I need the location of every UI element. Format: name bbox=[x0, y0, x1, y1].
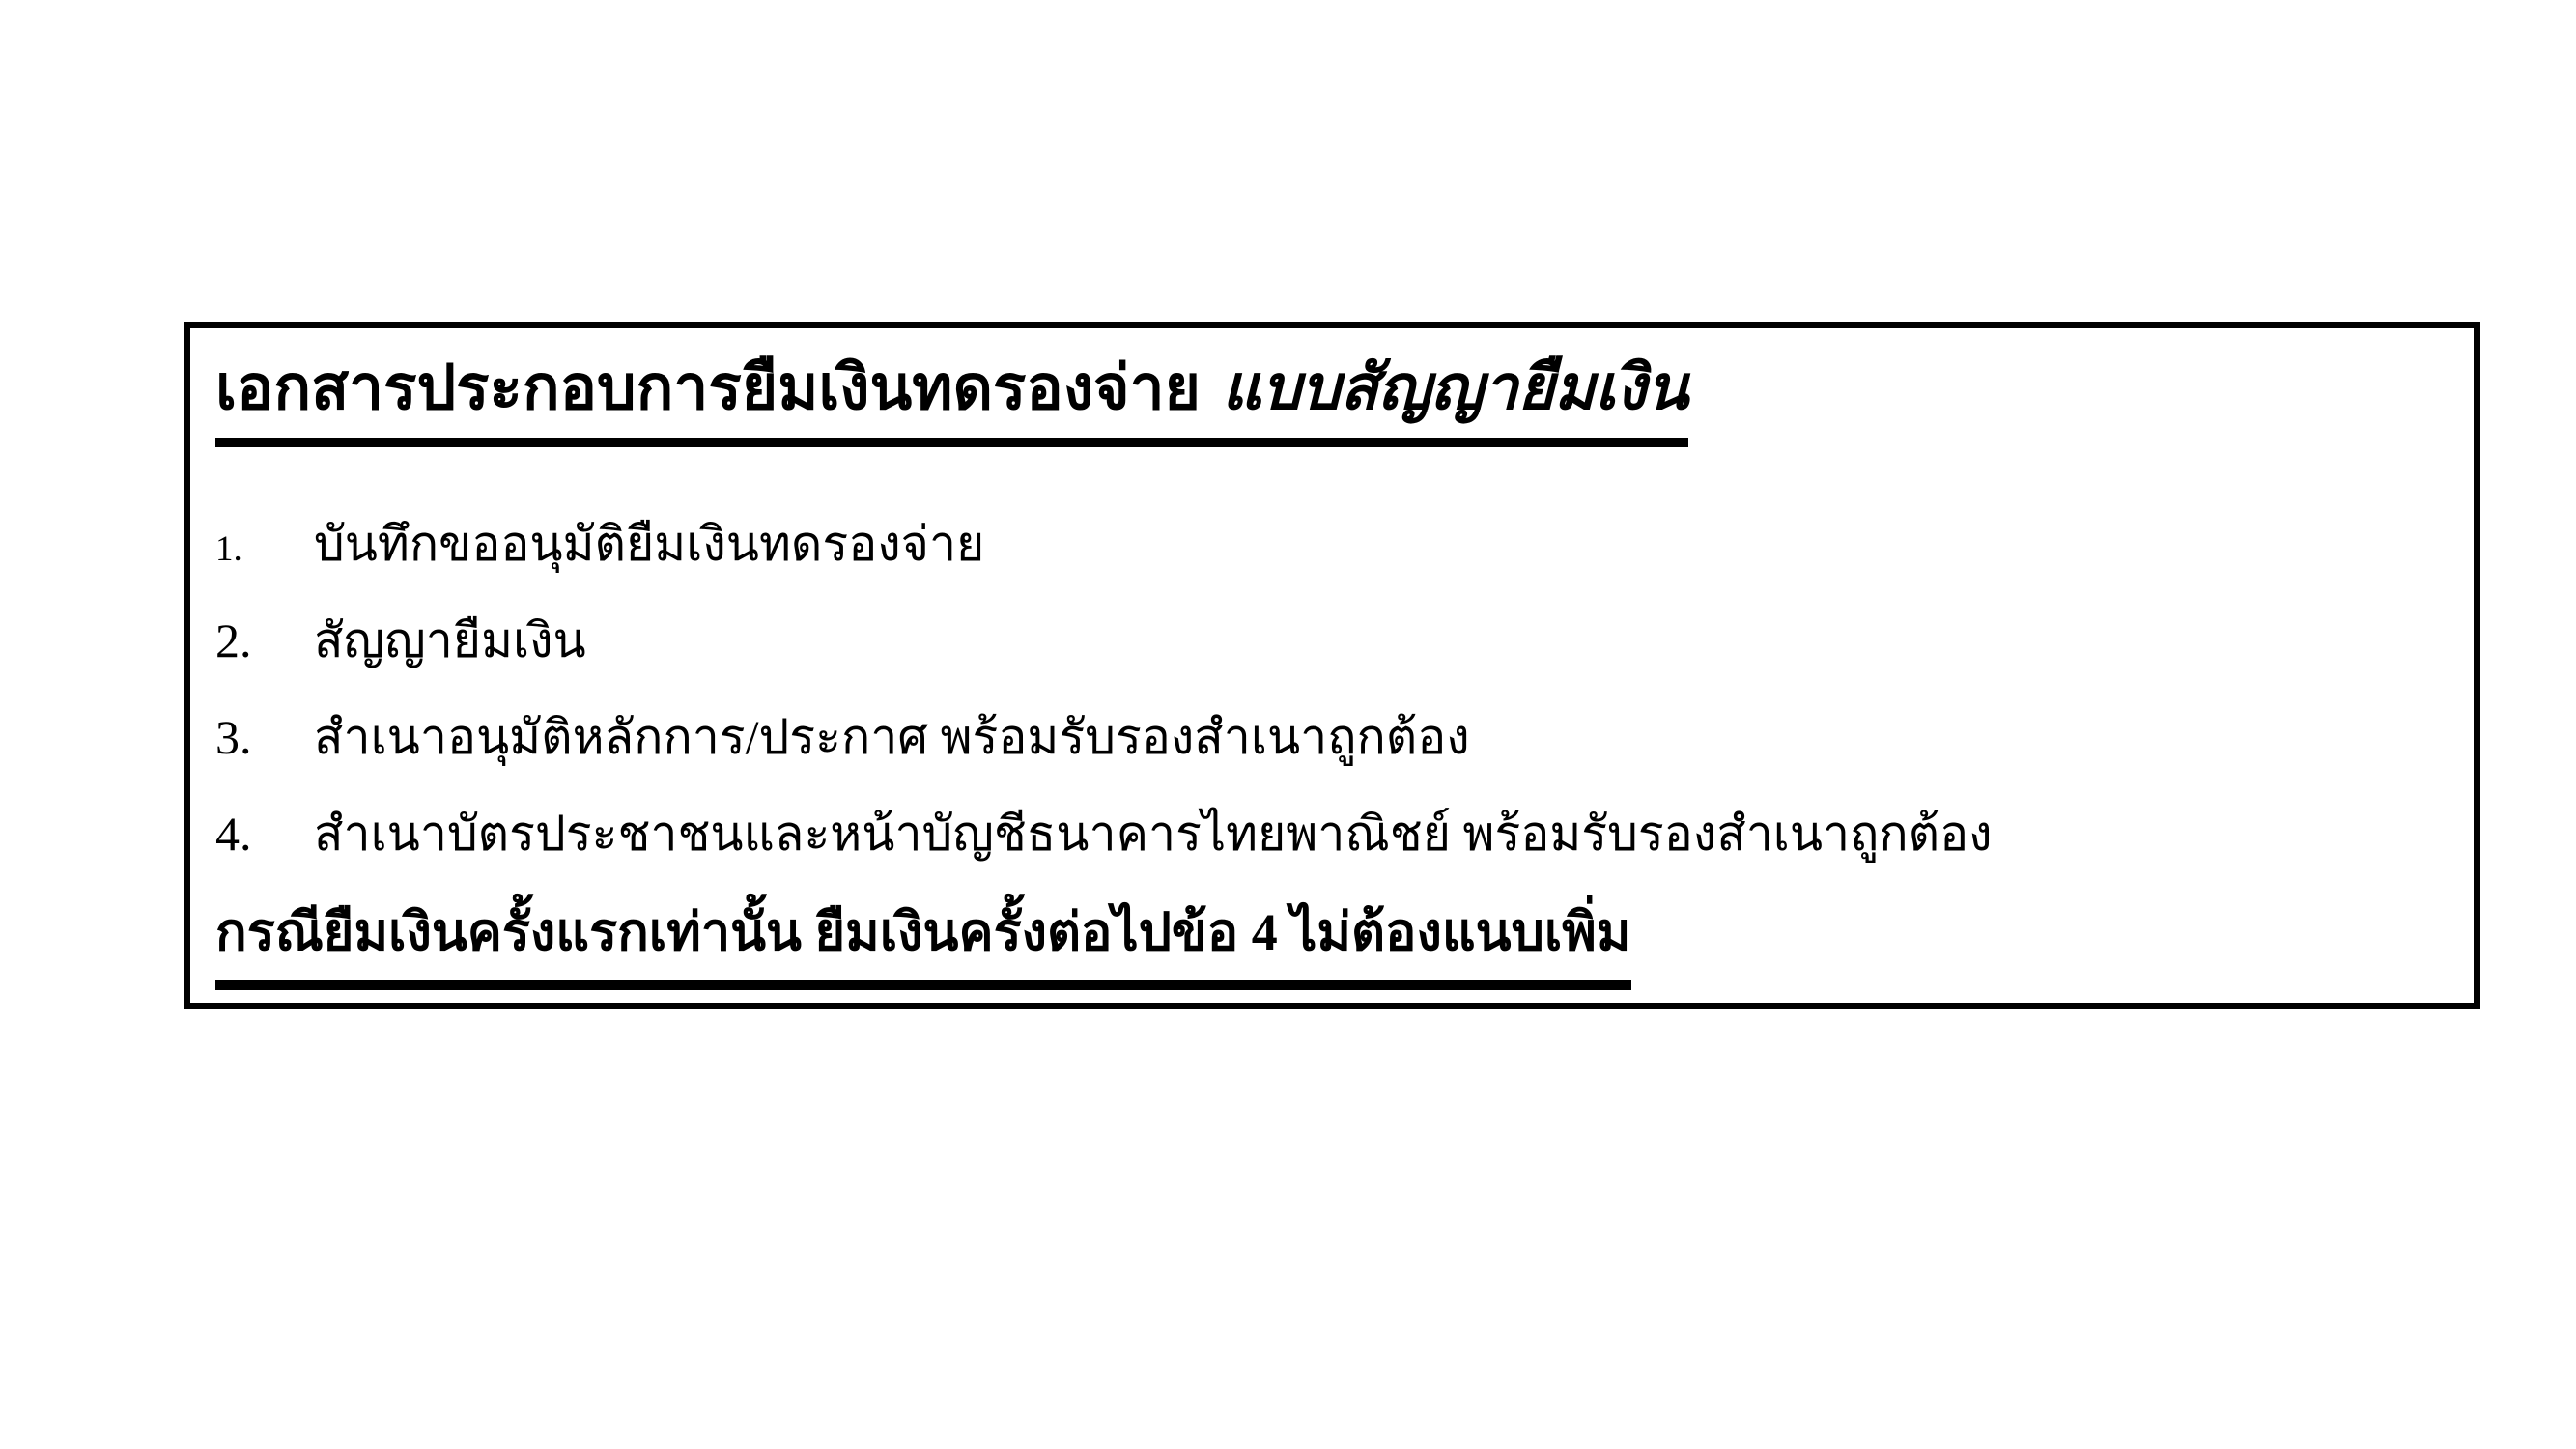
item-number: 1. bbox=[215, 501, 314, 598]
title-underline: เอกสารประกอบการยืมเงินทดรองจ่ายแบบสัญญาย… bbox=[215, 348, 1688, 447]
item-text: สำเนาบัตรประชาชนและหน้าบัญชีธนาคารไทยพาณ… bbox=[314, 785, 1993, 882]
item-number: 2. bbox=[215, 592, 314, 689]
title-emphasis: แบบสัญญายืมเงิน bbox=[1222, 354, 1688, 422]
list-item-3: 3. สำเนาอนุมัติหลักการ/ประกาศ พร้อมรับรอ… bbox=[215, 689, 2435, 785]
document-list: 1. บันทึกขออนุมัติยืมเงินทดรองจ่าย 2. สั… bbox=[215, 496, 2435, 882]
document-box: เอกสารประกอบการยืมเงินทดรองจ่ายแบบสัญญาย… bbox=[184, 322, 2480, 1009]
item-number: 3. bbox=[215, 689, 314, 785]
document-title: เอกสารประกอบการยืมเงินทดรองจ่ายแบบสัญญาย… bbox=[215, 348, 2435, 447]
note-line: กรณียืมเงินครั้งแรกเท่านั้น ยืมเงินครั้ง… bbox=[215, 890, 2435, 990]
list-item-2: 2. สัญญายืมเงิน bbox=[215, 592, 2435, 689]
item-text: สัญญายืมเงิน bbox=[314, 592, 586, 689]
item-number: 4. bbox=[215, 785, 314, 882]
item-text: บันทึกขออนุมัติยืมเงินทดรองจ่าย bbox=[314, 496, 984, 592]
list-item-4: 4. สำเนาบัตรประชาชนและหน้าบัญชีธนาคารไทย… bbox=[215, 785, 2435, 882]
title-main: เอกสารประกอบการยืมเงินทดรองจ่าย bbox=[215, 354, 1201, 422]
item-text: สำเนาอนุมัติหลักการ/ประกาศ พร้อมรับรองสำ… bbox=[314, 689, 1470, 785]
note-underline: กรณียืมเงินครั้งแรกเท่านั้น ยืมเงินครั้ง… bbox=[215, 890, 1631, 990]
page: { "page": { "background": "#ffffff" }, "… bbox=[0, 0, 2576, 1449]
list-item-1: 1. บันทึกขออนุมัติยืมเงินทดรองจ่าย bbox=[215, 496, 2435, 592]
